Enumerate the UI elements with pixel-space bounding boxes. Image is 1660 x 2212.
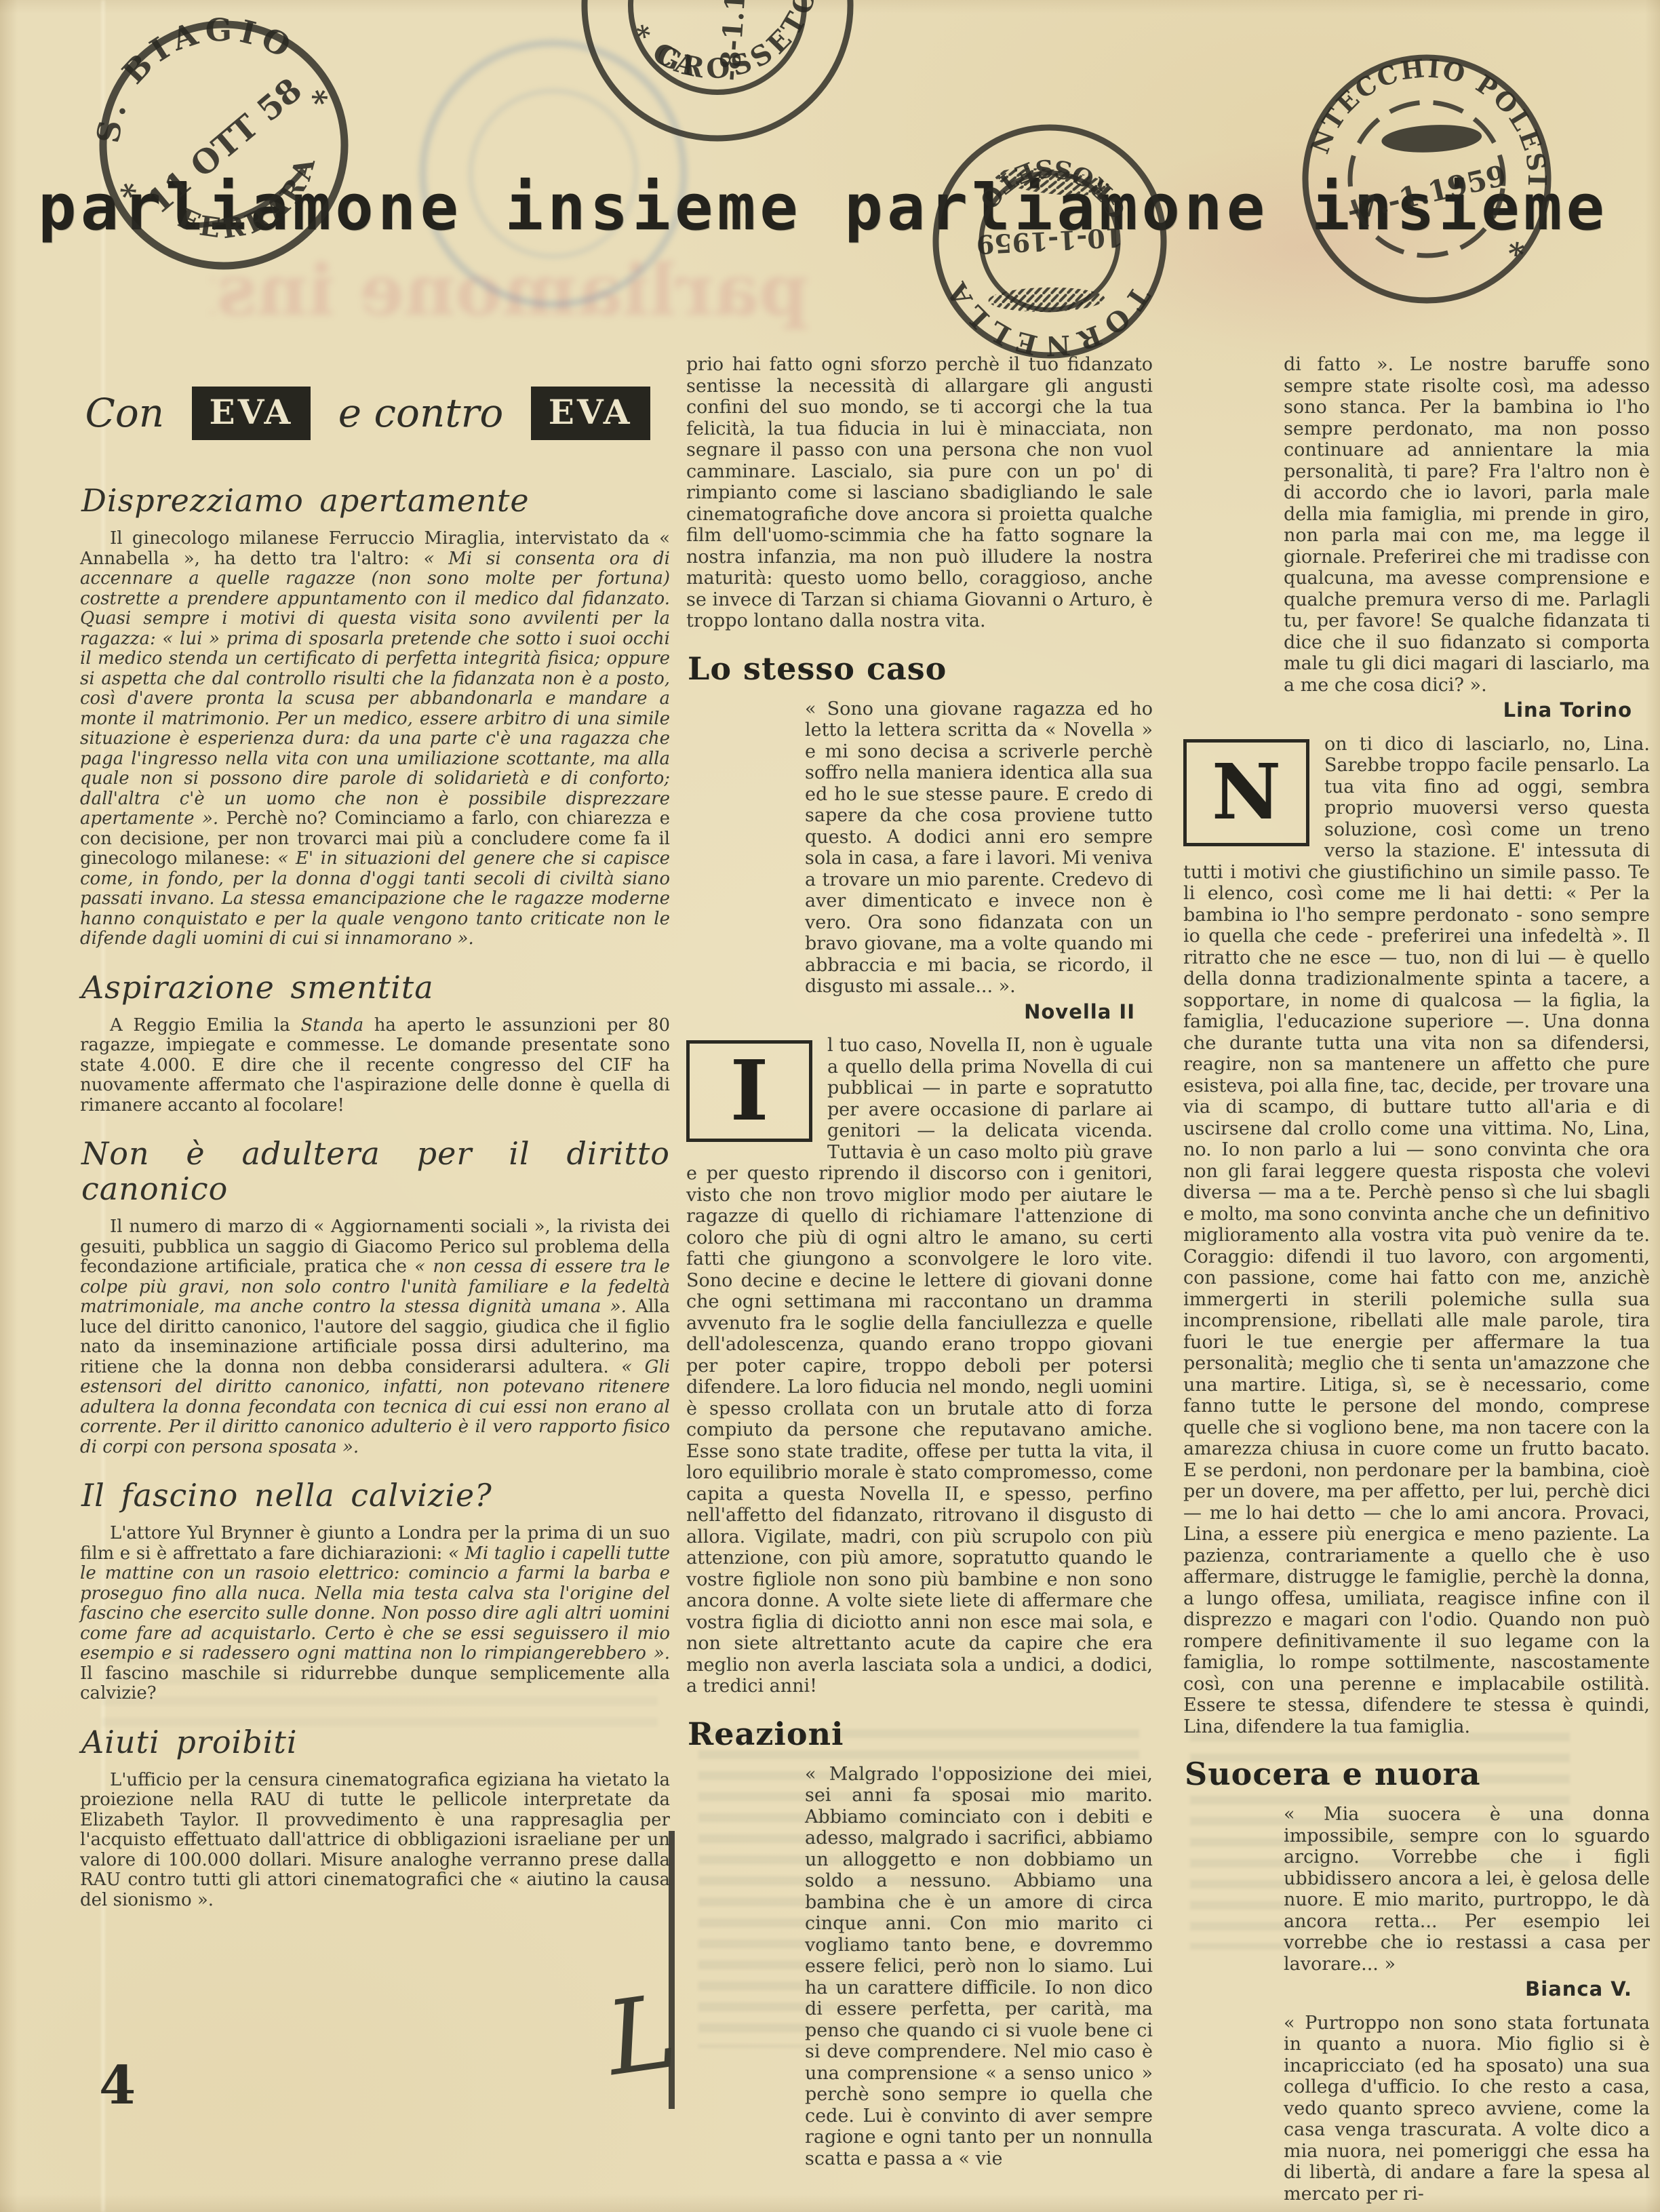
section-heading-suocera-e-nuora: Suocera e nuora: [1185, 1756, 1650, 1792]
letter-signature: Novella II: [686, 1002, 1135, 1023]
svg-text:S. BIAGIO: S. BIAGIO: [58, 0, 311, 159]
magazine-page: parliamone insieme parliamone insieme pa…: [0, 0, 1660, 2212]
letter-signature: Lina Torino: [1183, 700, 1632, 722]
article-paragraph: L'ufficio per la censura cinematografica…: [80, 1771, 670, 1911]
stamp-town-text: TORNELLA: [934, 271, 1157, 368]
article-aiuti-proibiti: Aiuti proibiti L'ufficio per la censura …: [80, 1724, 670, 1911]
column-2: prio hai fatto ogni sforzo perchè il tuo…: [686, 354, 1153, 2173]
article-heading: Non è adultera per il diritto canonico: [81, 1136, 670, 1206]
postmark-icon: MONTECCHIO POLESINE -7.-1.1959 *: [1267, 19, 1587, 340]
article-heading: Disprezziamo apertamente: [81, 483, 670, 518]
dropcap-letter: I: [730, 1080, 768, 1102]
text-run: A Reggio Emilia la: [110, 1015, 301, 1035]
page-number: 4: [99, 2055, 136, 2116]
continuation-paragraph: prio hai fatto ogni sforzo perchè il tuo…: [686, 354, 1153, 632]
postmark-icon: TORNELLA GROSSETO 10-1-1959: [909, 100, 1191, 382]
quote-run: « Mi si consenta ora di accennare a quel…: [80, 549, 670, 829]
article-paragraph: Il numero di marzo di « Aggiornamenti so…: [80, 1217, 670, 1457]
editor-response: Il tuo caso, Novella II, non è uguale a …: [686, 1035, 1153, 1697]
letter-signature: Bianca V.: [1183, 1979, 1632, 2000]
article-aspirazione: Aspirazione smentita A Reggio Emilia la …: [80, 970, 670, 1116]
postmark-tornella-grosseto: TORNELLA GROSSETO 10-1-1959: [909, 100, 1191, 382]
text-run: Il fascino maschile si ridurrebbe dunque…: [80, 1663, 670, 1704]
column-3: di fatto ». Le nostre baruffe sono sempr…: [1183, 354, 1650, 2209]
dropcap-letter: N: [1212, 782, 1281, 804]
con-label: Con: [85, 390, 164, 436]
article-adultera: Non è adultera per il diritto canonico I…: [80, 1136, 670, 1457]
article-heading: Aspirazione smentita: [81, 970, 670, 1005]
reader-letter: « Mia suocera è una donna impossibile, s…: [1284, 1804, 1650, 1975]
reader-letter-continuation: di fatto ». Le nostre baruffe sono sempr…: [1284, 354, 1650, 696]
editor-response: Non ti dico di lasciarlo, no, Lina. Sare…: [1183, 734, 1650, 1738]
article-paragraph: A Reggio Emilia la Standa ha aperto le a…: [80, 1016, 670, 1116]
dropcap-box: N: [1183, 739, 1309, 846]
reader-letter: « Malgrado l'opposizione dei miei, sei a…: [805, 1764, 1153, 2170]
article-paragraph: Il ginecologo milanese Ferruccio Miragli…: [80, 529, 670, 949]
reader-letter: « Sono una giovane ragazza ed ho letto l…: [805, 698, 1153, 998]
article-paragraph: L'attore Yul Brynner è giunto a Londra p…: [80, 1524, 670, 1704]
stamp-town-text: S. BIAGIO: [58, 0, 311, 159]
stamp-date: -7.-1.1959: [1344, 159, 1509, 228]
section-heading-lo-stesso-caso: Lo stesso caso: [688, 651, 1153, 686]
section-heading-reazioni: Reazioni: [688, 1716, 1153, 1752]
article-heading: Aiuti proibiti: [81, 1724, 670, 1760]
e-contro-label: e contro: [338, 390, 503, 436]
dropcap-box: I: [686, 1040, 812, 1142]
section-masthead-con-eva: Con EVA e contro EVA: [80, 389, 670, 443]
stamp-date: 10-1-1959: [976, 222, 1124, 260]
star-icon: *: [1505, 235, 1526, 274]
postmark-grosseto-top: * CA GROSSETO -8-1.19: [549, 0, 886, 174]
text-run: L'ufficio per la censura cinematografica…: [80, 1770, 670, 1910]
eva-badge: EVA: [531, 387, 650, 440]
quote-run: Standa: [301, 1015, 364, 1035]
postmark-montecchio-polesine: MONTECCHIO POLESINE -7.-1.1959 *: [1267, 19, 1587, 340]
article-disprezziamo: Disprezziamo apertamente Il ginecologo m…: [80, 483, 670, 949]
article-calvizie: Il fascino nella calvizie? L'attore Yul …: [80, 1478, 670, 1704]
svg-text:TORNELLA: TORNELLA: [934, 271, 1157, 368]
article-heading: Il fascino nella calvizie?: [81, 1478, 670, 1513]
reader-letter: « Purtroppo non sono stata fortunata in …: [1284, 2013, 1650, 2205]
response-text: on ti dico di lasciarlo, no, Lina. Sareb…: [1183, 734, 1650, 1737]
column-1: Disprezziamo apertamente Il ginecologo m…: [80, 483, 670, 1914]
eva-badge: EVA: [192, 387, 311, 440]
postmark-icon: * CA GROSSETO -8-1.19: [549, 0, 886, 174]
